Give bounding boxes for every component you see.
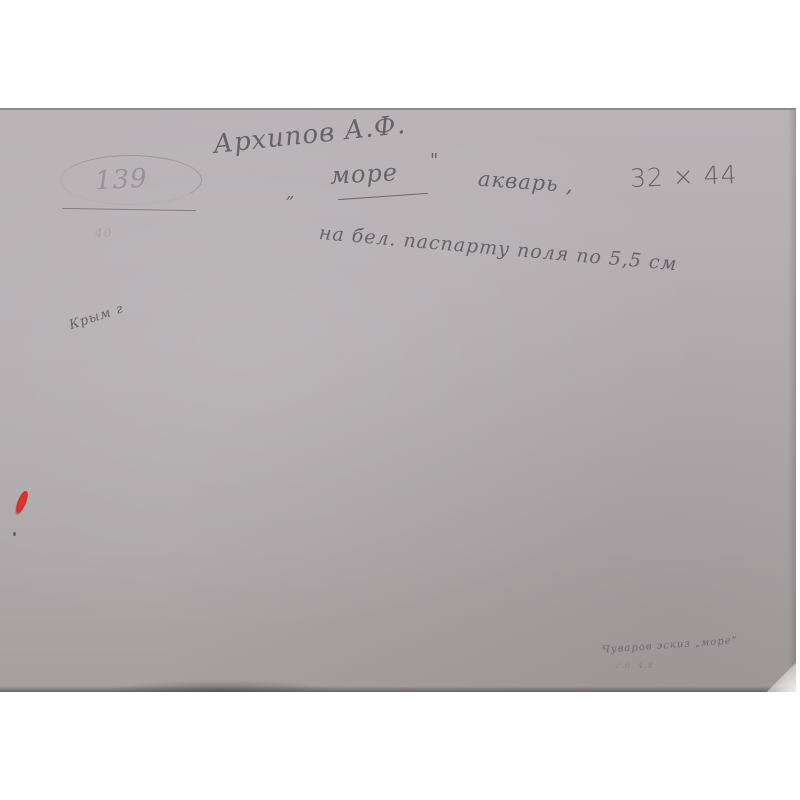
catalog-number: 139 <box>94 164 148 197</box>
bottom-note-sub: с.о. 4.8 <box>616 661 654 670</box>
dirt-speck <box>13 532 16 536</box>
dimensions-note: 32 × 44 <box>630 160 738 193</box>
title-quote-close: " <box>430 150 439 171</box>
title-quote-open: „ <box>286 183 295 202</box>
artwork-title: море <box>329 158 398 190</box>
catalog-sub-note: 40 <box>95 226 112 240</box>
dirt-smudge <box>100 680 340 692</box>
paper-right-edge <box>788 110 796 692</box>
photo-stage: 139 40 Архипов А.Ф. „ море " акварь , 32… <box>0 0 800 800</box>
corner-curl <box>766 662 796 692</box>
